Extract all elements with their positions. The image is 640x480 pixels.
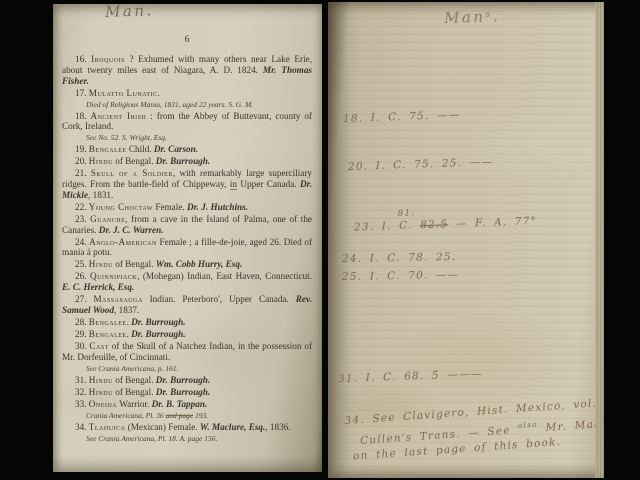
manuscript-note: 25. I. C. 70. —— [342,268,460,286]
catalog-entry: 28. Bengalee. Dr. Burrough. [62,317,312,328]
catalog-entry: 30. Cast of the Skull of a Natchez India… [62,341,312,363]
text-segment: Dr. Burrough. [131,317,185,327]
text-segment: of Bengal. [113,387,156,397]
manuscript-note: 31. I. C. 68. 5 ——— [338,367,483,388]
right-page-annotation: Manˢ. [444,7,501,27]
text-segment: Child. [127,144,154,154]
text-segment: 24. I. C. 78. 25. [342,251,457,265]
text-segment: 23. I. C. [354,219,421,233]
text-segment: 33. [75,399,89,409]
text-segment: 27. [75,294,93,304]
text-segment: of Bengal. [113,156,156,166]
text-segment: Dr. Carson. [154,144,198,154]
manuscript-note-line: 23. I. C. 82.5 — F. A. 77° [354,214,538,236]
text-segment: Crania Americana, Pl. 36 [86,411,165,420]
manuscript-note-line: 18. I. C. 75. —— [343,108,461,128]
text-segment: Wm. Cobb Hurry, Esq. [156,259,242,269]
text-segment: Bengalee [89,144,127,154]
text-segment: of Bengal. [113,375,156,385]
text-segment: Dr. Burrough. [156,375,210,385]
text-segment: Young Choctaw [89,202,153,212]
right-page: Manˢ. 18. I. C. 75. ——20. I. C. 75. 25. … [328,2,604,478]
catalog-entry: 18. Ancient Irish : from the Abbey of Bu… [62,111,312,133]
text-segment: Dr. Burrough. [156,156,210,166]
catalog-entry: 16. Iroquois ? Exhumed with many others … [62,54,312,86]
text-segment: Hindu [89,375,113,385]
catalog-entry: 26. Quinnipiack, (Mohegan) Indian, East … [62,271,312,293]
manuscript-note-line: 24. I. C. 78. 25. [342,250,457,267]
text-segment: Skull of a Soldier [91,168,173,178]
text-segment: Dr. Burrough. [156,387,210,397]
manuscript-note: 20. I. C. 75. 25. —— [348,155,494,176]
text-segment: 29. [75,329,89,339]
text-segment: W. Maclure, Esq. [200,422,265,432]
text-segment: Massasauga [93,294,142,304]
text-segment: 16. [75,54,91,64]
text-segment: of Bengal. [113,259,156,269]
text-segment: 24. [75,237,89,247]
text-segment: 25. [75,259,89,269]
book-scan: Man. 6 16. Iroquois ? Exhumed with many … [0,0,640,480]
text-segment: Female. [153,202,187,212]
text-segment: Cast [89,341,108,351]
text-segment: , (Mohegan) Indian, East Haven, Connecti… [137,271,312,281]
catalog-entry: 33. Oneida Warrior. Dr. B. Tappan. [62,399,312,410]
text-segment: 32. [75,387,89,397]
text-segment: Warrior. [117,399,152,409]
text-segment: 193. [193,411,208,420]
text-segment: 18. I. C. 75. —— [343,109,461,125]
manuscript-note: 34. See Clavigero, Hist. Mexico. vol. 1.… [344,391,604,465]
text-segment: See Crania Americana, Pl. 18. A. page 15… [86,434,217,443]
text-segment: 25. I. C. 70. —— [342,269,460,283]
text-segment: Hindu [89,387,113,397]
text-segment: 82.5 [420,218,449,231]
page-number: 6 [53,35,322,45]
page-fore-edge [595,2,604,478]
text-segment: , 1837. [114,305,139,315]
text-segment: 30. [75,341,89,351]
text-segment: (Mexican) Female. [125,422,200,432]
text-segment: 20. [75,156,89,166]
catalog-entry: 32. Hindu of Bengal. Dr. Burrough. [62,387,312,398]
text-segment: 28. [75,317,89,327]
catalog-entry: 19. Bengalee Child. Dr. Carson. [62,144,312,155]
text-segment: Upper Canada. [237,179,300,189]
text-segment: E. C. Herrick, Esq. [62,282,134,292]
left-page-annotation: Man. [105,4,154,21]
catalog-entry: 21. Skull of a Soldier, with remarkably … [62,168,312,200]
manuscript-note-line: 31. I. C. 68. 5 ——— [338,367,483,388]
text-segment: 23. [75,214,90,224]
text-segment: Ancient Irish [90,111,146,121]
text-segment: 31. I. C. 68. 5 ——— [338,368,483,385]
catalog-entry-reference: Died of Religious Mania, 1831, aged 22 y… [86,100,312,110]
left-page: Man. 6 16. Iroquois ? Exhumed with many … [53,4,322,472]
text-segment: , 1836. [265,422,290,432]
text-segment: 18. [75,111,90,121]
catalog-entry: 20. Hindu of Bengal. Dr. Burrough. [62,156,312,167]
catalog-entry-reference: See Crania Americana, Pl. 18. A. page 15… [86,434,312,444]
catalog-entry-reference: See No. 52. S. Wright, Esq. [86,133,312,143]
text-segment: in [230,179,237,190]
catalog-entry-reference: See Crania Americana, p. 161. [86,364,312,374]
text-segment: Bengalee [89,329,127,339]
catalog-entry-reference: Crania Americana, Pl. 36 and page 193. [86,411,312,421]
manuscript-note-line: 20. I. C. 75. 25. —— [348,155,494,176]
catalog-entry: 24. Anglo-American Female ; a fille-de-j… [62,237,312,259]
text-segment: Dr. J. C. Warren. [99,225,164,235]
text-segment: 22. [75,202,89,212]
catalog-entry: 23. Guanche, from a cave in the Island o… [62,214,312,236]
manuscript-note: 18. I. C. 75. —— [343,108,461,128]
catalog-entry: 29. Bengalee. Dr. Burrough. [62,329,312,340]
catalog-entry: 34. Tlahuica (Mexican) Female. W. Maclur… [62,422,312,433]
text-segment: Hindu [89,156,113,166]
text-segment: Indian. Peterboro', Upper Canada. [143,294,296,304]
text-segment: Dr. Burrough. [131,329,185,339]
text-segment: See Crania Americana, p. 161. [86,364,179,373]
manuscript-note: 24. I. C. 78. 25. [342,250,457,267]
catalog-entry: 27. Massasauga Indian. Peterboro', Upper… [62,294,312,316]
text-segment: Mulatto Lunatic [89,88,158,98]
text-segment: 21. [75,168,91,178]
catalog-entry: 17. Mulatto Lunatic. [62,88,312,99]
catalog-entry: 22. Young Choctaw Female. Dr. J. Hutchin… [62,202,312,213]
text-segment: — F. A. 77° [448,215,537,230]
text-segment: , 1831. [88,190,113,200]
text-segment: 17. [75,88,89,98]
manuscript-note-line: 25. I. C. 70. —— [342,268,460,286]
catalog-entries: 16. Iroquois ? Exhumed with many others … [62,54,312,445]
text-segment: Oneida [89,399,117,409]
text-segment: 20. I. C. 75. 25. —— [348,156,494,173]
text-segment: Quinnipiack [90,271,137,281]
text-segment: 34. [75,422,89,432]
text-segment: 31. [75,375,89,385]
text-segment: also [517,419,538,429]
text-segment: Hindu [89,259,113,269]
text-segment: Tlahuica [89,422,126,432]
text-segment: Bengalee [89,317,127,327]
text-segment: and page [165,411,193,420]
text-segment: . [158,88,160,98]
text-segment: 26. [75,271,90,281]
text-segment: Guanche [90,214,125,224]
text-segment: Dr. J. Hutchins. [187,202,248,212]
manuscript-note: 81.23. I. C. 82.5 — F. A. 77° [340,214,538,236]
text-segment: Iroquois [91,54,125,64]
text-segment: 19. [75,144,89,154]
catalog-entry: 25. Hindu of Bengal. Wm. Cobb Hurry, Esq… [62,259,312,270]
text-segment: Anglo-American [89,237,157,247]
text-segment: See No. 52. S. Wright, Esq. [86,133,167,142]
text-segment: Died of Religious Mania, 1831, aged 22 y… [86,100,253,109]
catalog-entry: 31. Hindu of Bengal. Dr. Burrough. [62,375,312,386]
text-segment: Dr. B. Tappan. [152,399,208,409]
corrected-value: 81. [397,208,415,219]
